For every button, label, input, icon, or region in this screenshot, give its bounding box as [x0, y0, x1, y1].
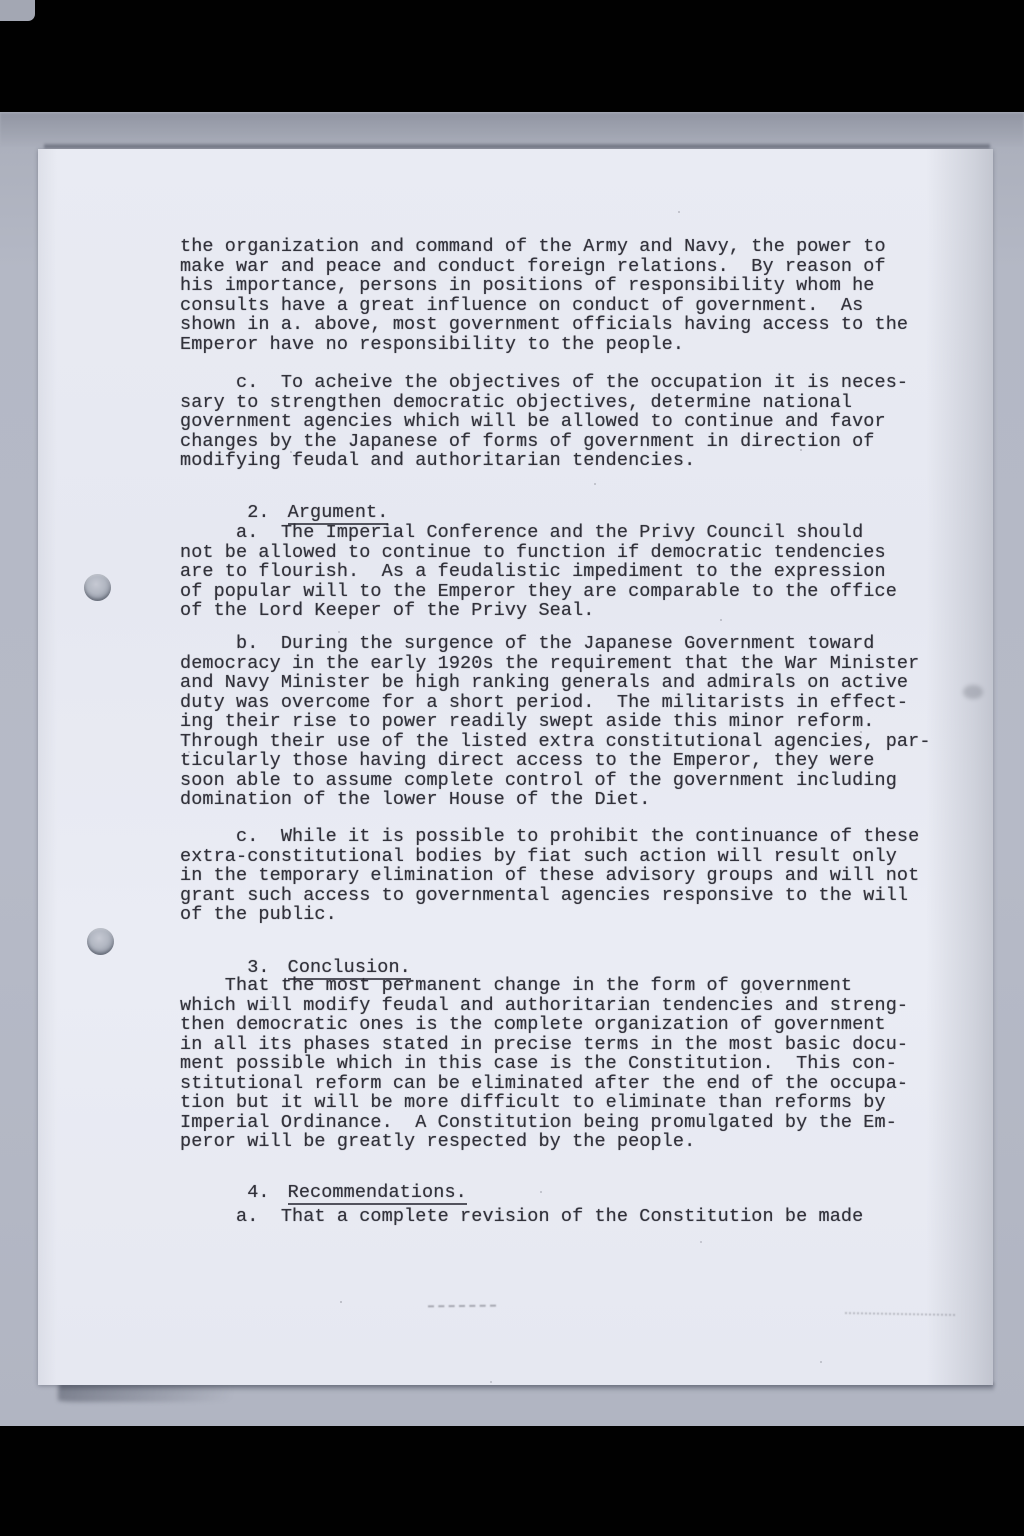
- pencil-dash-marks-right: [845, 1312, 955, 1316]
- film-black-bar-top: [0, 0, 1024, 112]
- paragraph-continuation: the organization and command of the Army…: [180, 237, 908, 354]
- scanned-page: the organization and command of the Army…: [0, 0, 1024, 1536]
- ink-smudge-right-edge: [963, 685, 983, 699]
- film-black-bar-bottom: [0, 1426, 1024, 1536]
- film-corner-notch: [0, 0, 35, 21]
- paper-top-shadow-band: [0, 113, 1024, 147]
- paragraph-recommendation-a: a. That a complete revision of the Const…: [180, 1207, 863, 1227]
- paragraph-a-imperial-conference: a. The Imperial Conference and the Privy…: [180, 523, 897, 621]
- paragraph-conclusion: That the most permanent change in the fo…: [180, 976, 908, 1152]
- paper-noise-speckles: [38, 149, 40, 151]
- paragraph-b-war-minister: b. During the surgence of the Japanese G…: [180, 634, 931, 810]
- punch-hole-top: [84, 574, 111, 601]
- section-number: 2.: [247, 502, 269, 523]
- section-number: 4.: [247, 1182, 269, 1203]
- section-title: Recommendations.: [288, 1183, 467, 1206]
- paragraph-c-occupation-objectives: c. To acheive the objectives of the occu…: [180, 373, 908, 471]
- paragraph-c-prohibit-continuance: c. While it is possible to prohibit the …: [180, 827, 919, 925]
- pencil-dash-marks-left: [428, 1305, 496, 1308]
- document-paper: the organization and command of the Army…: [38, 149, 993, 1385]
- punch-hole-bottom: [87, 928, 114, 955]
